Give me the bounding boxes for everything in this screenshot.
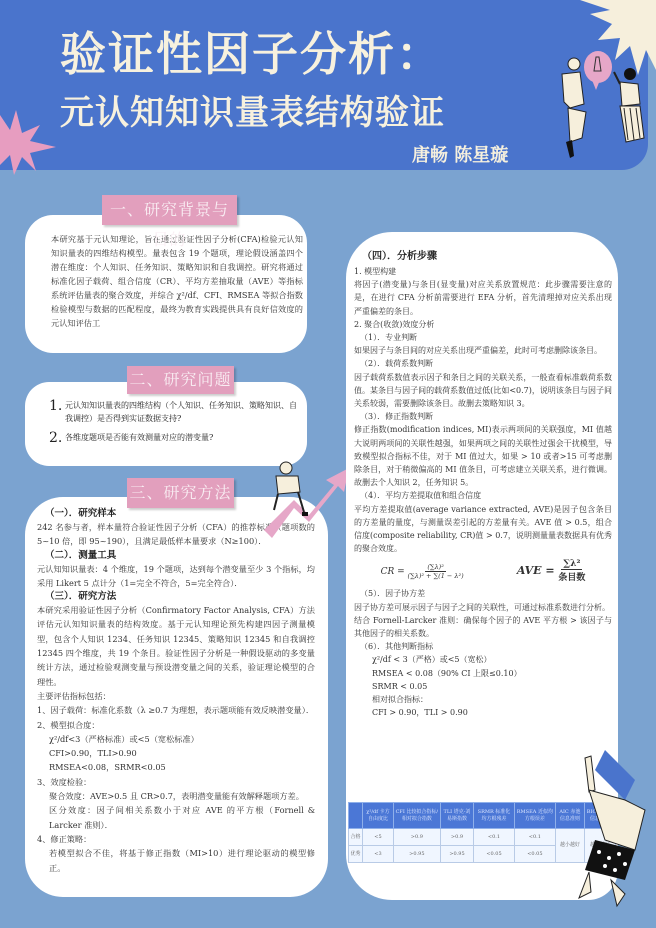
table-cell: >0.95 (440, 846, 474, 863)
method-text: 本研究采用验证性因子分析（Confirmatory Factor Analysi… (37, 603, 315, 689)
index-subitem: CFI>0.90，TLI>0.90 (37, 746, 315, 760)
step-heading: 1. 模型构建 (354, 265, 612, 278)
criterion-line: RMSEA < 0.08（90% CI 上限≤0.10） (354, 667, 612, 680)
table-cell: <5 (363, 829, 394, 846)
subheading-tool: （二）．测量工具 (37, 549, 315, 562)
index-item: 1、因子载荷：标准化系数（λ ≥0.7 为理想，表示题项能有效反映潜变量）． (37, 703, 315, 717)
substep-heading: （2）．载荷系数判断 (354, 357, 612, 370)
substep-text: 修正指数(modification indices, MI)表示两项间的关联强度… (354, 423, 612, 489)
substep-heading: （6）．其他判断指标 (354, 640, 612, 653)
index-item: 3、效度检验： (37, 775, 315, 789)
step-heading: 2. 聚合(收敛)效度分析 (354, 318, 612, 331)
ave-formula: AVE = ∑λ²条目数 (517, 559, 586, 583)
table-cell: >0.95 (393, 846, 440, 863)
cr-formula: CR = (∑λ)²(∑λ)² + ∑(1 − λ²) (381, 563, 464, 580)
section-title-methods: 三、研究方法 (127, 478, 234, 508)
row-label: 优秀 (349, 846, 363, 863)
table-cell: >0.9 (393, 829, 440, 846)
index-subitem: 若模型拟合不佳，将基于修正指数（MI>10）进行理论驱动的模型修正。 (37, 846, 315, 875)
indices-intro: 主要评估指标包括： (37, 689, 315, 703)
tool-text: 元认知知识量表：4 个维度，19 个题项，达到每个潜变量至少 3 个指标，均采用… (37, 562, 315, 591)
step-text: 将因子(潜变量)与条目(显变量)对应关系放置规范：此步骤需要注意的是，在进行 C… (354, 278, 612, 318)
table-cell: <0.1 (514, 829, 555, 846)
table-header-cell (349, 803, 363, 829)
section-title-questions: 二、研究问题 (127, 366, 234, 394)
substep-heading: （1）．专业判断 (354, 331, 612, 344)
index-item: 4、修正策略： (37, 832, 315, 846)
question-item: 2. 各维度题项是否能有效测量对应的潜变量? (49, 431, 301, 445)
substep-heading: （4）．平均方差提取值和组合信度 (354, 489, 612, 502)
methods-card: （一）．研究样本 242 名参与者，样本量符合验证性因子分析（CFA）的推荐标准… (25, 497, 328, 897)
question-number: 2. (49, 431, 61, 445)
methods-body: （一）．研究样本 242 名参与者，样本量符合验证性因子分析（CFA）的推荐标准… (37, 507, 315, 875)
section-title-background: 一、研究背景与目的 (102, 195, 237, 225)
substep-text: 平均方差提取值(average variance extracted, AVE)… (354, 503, 612, 556)
substep-text: 因子载荷系数值表示因子和条目之间的关联关系，一般查看标准载荷系数值。某条目与因子… (354, 371, 612, 411)
table-header-cell: RMSEA 近似均方根误差 (514, 803, 555, 829)
table-cell: <0.05 (514, 846, 555, 863)
subheading-method: （三）．研究方法 (37, 590, 315, 603)
question-text: 各维度题项是否能有效测量对应的潜变量? (65, 431, 213, 445)
table-header-cell: CFI 比较拟合指标/相对拟合指数 (393, 803, 440, 829)
criterion-line: 相对拟合指标： (354, 693, 612, 706)
criterion-line: CFI > 0.90，TLI > 0.90 (354, 706, 612, 719)
table-cell: <0.05 (474, 846, 514, 863)
substep-text: 结合 Fornell-Larcker 准则：确保每个因子的 AVE 平方根 > … (354, 614, 612, 640)
criterion-line: SRMR < 0.05 (354, 680, 612, 693)
people-high-five-illustration-icon (540, 42, 652, 160)
authors: 唐畅 陈星璇 (412, 141, 508, 167)
substep-heading: （5）．因子协方差 (354, 587, 612, 600)
row-label: 合格 (349, 829, 363, 846)
formula-row: CR = (∑λ)²(∑λ)² + ∑(1 − λ²) AVE = ∑λ²条目数 (354, 555, 612, 587)
pointing-person-illustration-icon (565, 740, 656, 910)
table-header-cell: SRMR 标准化均方根残差 (474, 803, 514, 829)
table-header-cell: χ²/df 卡方自由度比 (363, 803, 394, 829)
table-cell: <3 (363, 846, 394, 863)
table-header-cell: TLI 塔克-刘易斯指数 (440, 803, 474, 829)
question-number: 1. (49, 399, 61, 425)
poster-subtitle: 元认知知识量表结构验证 (60, 85, 445, 134)
table-cell: <0.1 (474, 829, 514, 846)
poster-title: 验证性因子分析： (60, 18, 444, 84)
question-item: 1. 元认知知识量表的四维结构（个人知识、任务知识、策略知识、自我调控）是否得到… (49, 399, 301, 425)
index-subitem: RMSEA<0.08，SRMR<0.05 (37, 760, 315, 774)
questions-card: 1. 元认知知识量表的四维结构（个人知识、任务知识、策略知识、自我调控）是否得到… (25, 382, 307, 466)
starburst-decoration-icon (0, 105, 58, 175)
index-subitem: 聚合效度：AVE>0.5 且 CR>0.7，表明潜变量能有效解释题项方差。 (37, 789, 315, 803)
criterion-line: χ²/df < 3（严格）或<5（宽松） (354, 653, 612, 666)
substep-heading: （3）．修正指数判断 (354, 410, 612, 423)
question-text: 元认知知识量表的四维结构（个人知识、任务知识、策略知识、自我调控）是否得到实证数… (65, 399, 301, 425)
subheading-analysis-steps: （四）．分析步骤 (354, 250, 612, 263)
substep-text: 因子协方差可展示因子与因子之间的关联性，可通过标准系数进行分析。 (354, 601, 612, 614)
analysis-body: （四）．分析步骤 1. 模型构建 将因子(潜变量)与条目(显变量)对应关系放置规… (354, 250, 612, 720)
index-subitem: 区分效度：因子间相关系数小于对应 AVE 的平方根（Fornell & Larc… (37, 803, 315, 832)
substep-text: 如果因子与条目间的对应关系出现严重偏差，此时可考虑删除该条目。 (354, 344, 612, 357)
table-cell: >0.9 (440, 829, 474, 846)
index-item: 2、模型拟合度： (37, 718, 315, 732)
question-list: 1. 元认知知识量表的四维结构（个人知识、任务知识、策略知识、自我调控）是否得到… (49, 399, 301, 451)
index-subitem: χ²/df<3（严格标准）或<5（宽松标准） (37, 732, 315, 746)
climbing-person-arrow-illustration-icon (254, 460, 354, 540)
